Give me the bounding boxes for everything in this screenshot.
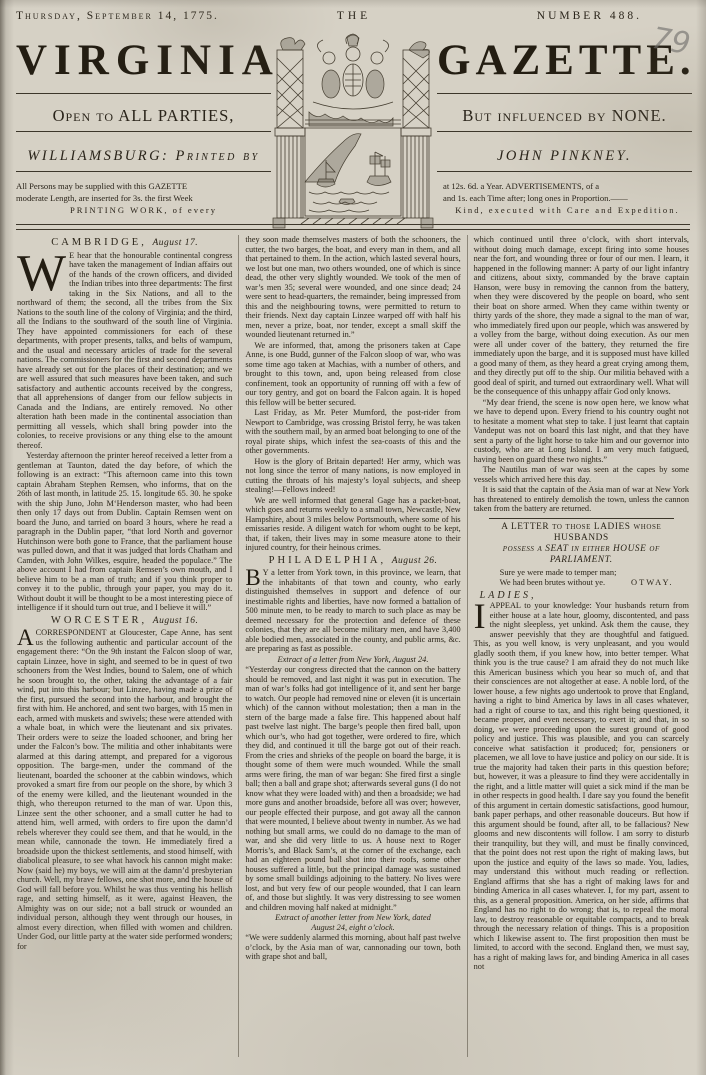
article-paragraph: Last Friday, as Mr. Peter Mumford, the p… xyxy=(245,408,460,456)
dateline-date: August 17. xyxy=(152,238,198,248)
extract-heading: Extract of another letter from New York,… xyxy=(245,913,460,932)
epigraph-verse: Sure ye were made to temper man; We had … xyxy=(500,568,689,588)
dateline-date: August 16. xyxy=(153,616,199,626)
imprint-place: WILLIAMSBURG: Printed by xyxy=(16,148,271,172)
dropcap-letter: W xyxy=(17,251,69,294)
column-1: CAMBRIDGE, August 17. WE hear that the h… xyxy=(12,235,237,1057)
article-paragraph: It is said that the captain of the Asia … xyxy=(474,485,689,514)
verse-line: We had been brutes without ye.OTWAY. xyxy=(500,578,689,588)
article-paragraph: The Nautilus man of war was seen at the … xyxy=(474,465,689,484)
the-label: THE xyxy=(271,10,437,22)
issue-number: NUMBER 488. xyxy=(437,10,692,22)
article-paragraph: We are informed, that, among the prisone… xyxy=(245,341,460,408)
terms-line: moderate Length, are inserted for 3s. th… xyxy=(16,192,271,204)
letter-title-line: possess a SEAT in either HOUSE of PARLIA… xyxy=(474,544,689,566)
verse-attribution: OTWAY. xyxy=(631,578,673,587)
article-paragraph: IAPPEAL to your knowledge: Your husbands… xyxy=(474,601,689,972)
column-3: which continued until three o’clock, wit… xyxy=(469,235,694,1057)
column-rule xyxy=(238,235,239,1057)
handwritten-page-number: 79 xyxy=(649,21,693,62)
dateline-heading-philadelphia: PHILADELPHIA, August 26. xyxy=(245,556,460,567)
dropcap-letter: B xyxy=(245,568,262,587)
extract-heading-line: Extract of another letter from New York,… xyxy=(245,913,460,923)
extract-heading-line: August 24, eight o’clock. xyxy=(245,923,460,933)
terms-line: at 12s. 6d. a Year. ADVERTISEMENTS, of a xyxy=(443,180,692,192)
letter-title: A LETTER to those LADIES whose HUSBANDS … xyxy=(474,522,689,566)
terms-line: Kind, executed with Care and Expedition. xyxy=(443,204,692,216)
motto-right: But influenced by NONE. xyxy=(437,106,692,132)
dropcap-letter: A xyxy=(17,628,36,647)
dropcap-letter: I xyxy=(474,601,490,630)
newspaper-page: 79 Thursday, September 14, 1775. THE NUM… xyxy=(0,0,706,1075)
terms-line: and 1s. each Time after; long ones in Pr… xyxy=(443,192,692,204)
verse-line: Sure ye were made to temper man; xyxy=(500,568,689,578)
article-paragraph: We are well informed that general Gage h… xyxy=(245,496,460,553)
article-paragraph: BY a letter from York town, in this prov… xyxy=(245,568,460,654)
subscription-terms-right: at 12s. 6d. a Year. ADVERTISEMENTS, of a… xyxy=(437,172,692,216)
article-paragraph: ACORRESPONDENT at Gloucester, Cape Anne,… xyxy=(17,628,232,951)
article-paragraph: Yesterday afternoon the printer hereof r… xyxy=(17,451,232,613)
extract-heading: Extract of a letter from New York, Augus… xyxy=(245,655,460,665)
dateline-place: CAMBRIDGE, xyxy=(51,237,147,248)
masthead-crest-icon xyxy=(265,32,441,237)
verse-text: We had been brutes without ye. xyxy=(500,578,605,587)
article-columns: CAMBRIDGE, August 17. WE hear that the h… xyxy=(12,235,694,1057)
dateline-place: WORCESTER, xyxy=(51,615,147,626)
article-paragraph: WE hear that the honourable continental … xyxy=(17,251,232,451)
paragraph-text: Y a letter from York town, in this provi… xyxy=(245,568,460,653)
title-virginia: VIRGINIA xyxy=(16,36,271,94)
subscription-terms-left: All Persons may be supplied with this GA… xyxy=(16,172,271,216)
motto-left: Open to ALL PARTIES, xyxy=(16,106,271,132)
column-2: they soon made themselves masters of bot… xyxy=(240,235,465,1057)
article-paragraph: they soon made themselves masters of bot… xyxy=(245,235,460,340)
paragraph-text: CORRESPONDENT at Gloucester, Cape Anne, … xyxy=(17,628,232,951)
article-paragraph: “My dear friend, the scene is now open h… xyxy=(474,398,689,465)
letter-title-line: A LETTER to those LADIES whose HUSBANDS xyxy=(474,522,689,544)
article-paragraph: “We were suddenly alarmed this morning, … xyxy=(245,933,460,962)
masthead: Thursday, September 14, 1775. THE NUMBER… xyxy=(16,10,690,222)
dateline-heading-worcester: WORCESTER, August 16. xyxy=(17,616,232,627)
issue-dateline: Thursday, September 14, 1775. xyxy=(16,10,271,22)
article-paragraph: which continued until three o’clock, wit… xyxy=(474,235,689,397)
letter-salutation: LADIES, xyxy=(480,591,689,601)
section-divider-rule xyxy=(489,518,674,519)
article-paragraph: “Yesterday our congress directed that th… xyxy=(245,665,460,912)
masthead-top-row: Thursday, September 14, 1775. THE NUMBER… xyxy=(16,10,690,22)
paragraph-text: APPEAL to your knowledge: Your husbands … xyxy=(474,601,689,971)
terms-line: PRINTING WORK, of every xyxy=(16,204,271,216)
dateline-place: PHILADELPHIA, xyxy=(269,555,386,566)
dateline-date: August 26. xyxy=(392,556,438,566)
column-rule xyxy=(467,235,468,1057)
imprint-printer: JOHN PINKNEY. xyxy=(437,148,692,172)
article-paragraph: How is the glory of Britain departed! He… xyxy=(245,457,460,495)
terms-line: All Persons may be supplied with this GA… xyxy=(16,180,271,192)
